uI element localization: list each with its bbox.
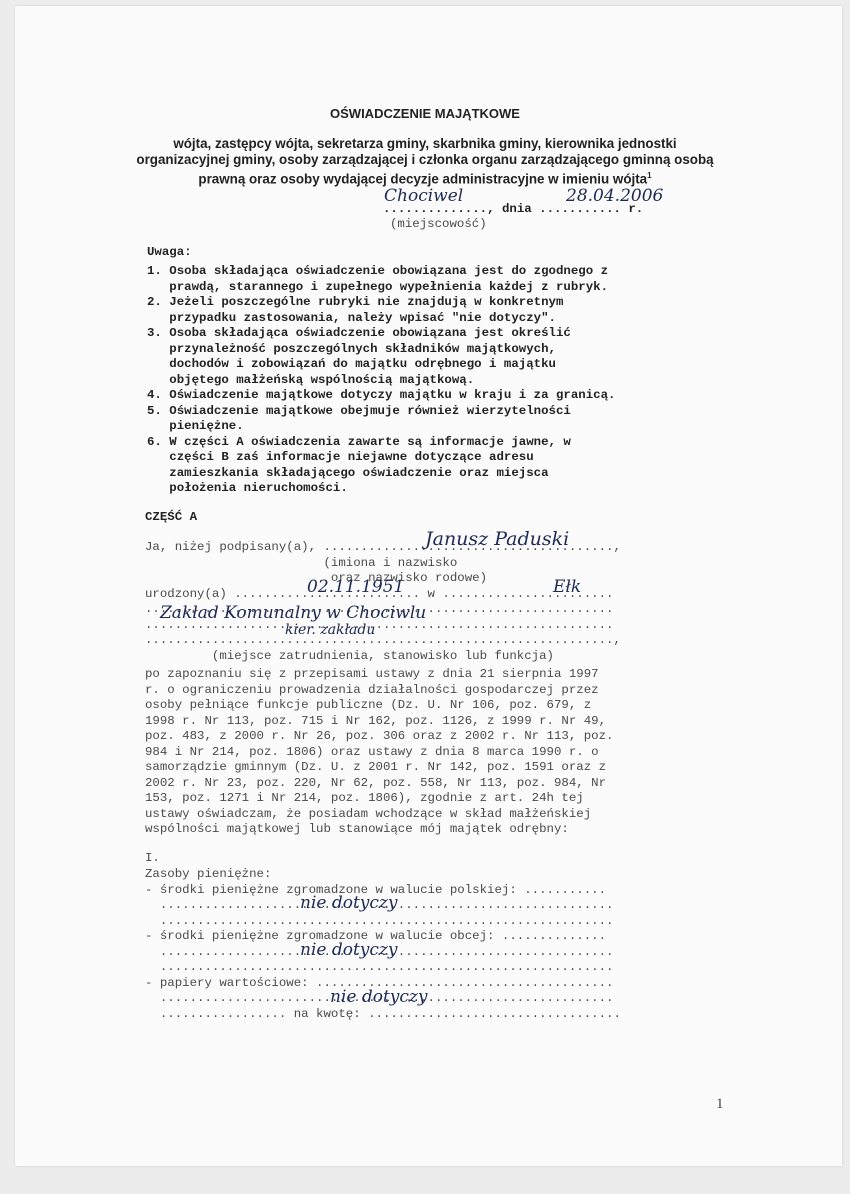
notes-heading: Uwaga: <box>147 245 192 261</box>
note-line: pieniężne. <box>147 419 615 435</box>
handwritten-birth-place[interactable]: Ełk <box>553 577 581 597</box>
handwritten-securities[interactable]: nie dotyczy <box>330 987 427 1007</box>
form-line: ........................................… <box>145 633 621 649</box>
statement-line: 153, poz. 1271 i Nr 214, poz. 1806), zgo… <box>145 791 613 807</box>
note-line: 2. Jeżeli poszczególne rubryki nie znajd… <box>147 295 615 311</box>
statement-line: ustawy oświadczam, że posiadam wchodzące… <box>145 807 613 823</box>
note-line: dochodów i zobowiązań do majątku odrębne… <box>147 357 615 373</box>
form-line: (miejsce zatrudnienia, stanowisko lub fu… <box>145 649 621 665</box>
statement-line: samorządzie gminnym (Dz. U. z 2001 r. Nr… <box>145 760 613 776</box>
form-line: (imiona i nazwisko <box>145 556 621 572</box>
handwritten-foreign[interactable]: nie dotyczy <box>300 940 397 960</box>
part-a-heading: CZĘŚĆ A <box>145 510 197 526</box>
footnote-marker: 1 <box>647 171 651 180</box>
note-line: 6. W części A oświadczenia zawarte są in… <box>147 435 615 451</box>
note-line: 1. Osoba składająca oświadczenie obowiąz… <box>147 264 615 280</box>
place-label: (miejscowość) <box>390 217 487 233</box>
statement-line: r. o ograniczeniu prowadzenia działalnoś… <box>145 683 613 699</box>
note-line: 3. Osoba składająca oświadczenie obowiąz… <box>147 326 615 342</box>
handwritten-position[interactable]: kier. zakładu <box>285 622 375 638</box>
statement-line: wspólności majątkowej lub stanowiące mój… <box>145 822 613 838</box>
handwritten-date[interactable]: 28.04.2006 <box>566 186 663 206</box>
handwritten-birth-date[interactable]: 02.11.1951 <box>307 577 404 597</box>
field-line: ........................................… <box>145 960 621 976</box>
field-line: ........................................… <box>145 914 621 930</box>
note-line: przynależność poszczególnych składników … <box>147 342 615 358</box>
statement-line: 1998 r. Nr 113, poz. 715 i Nr 162, poz. … <box>145 714 613 730</box>
note-line: 5. Oświadczenie majątkowe obejmuje równi… <box>147 404 615 420</box>
statement-line: po zapoznaniu się z przepisami ustawy z … <box>145 667 613 683</box>
statement-line: 984 i Nr 214, poz. 1806) oraz ustawy z d… <box>145 745 613 761</box>
document-title: OŚWIADCZENIE MAJĄTKOWE <box>0 106 850 121</box>
handwritten-employment[interactable]: Zakład Komunalny w Chociwlu <box>160 603 426 623</box>
handwritten-place[interactable]: Chociwel <box>384 186 463 206</box>
note-line: położenia nieruchomości. <box>147 481 615 497</box>
page-number: 1 <box>716 1096 724 1113</box>
statement-line: osoby pełniące funkcje publiczne (Dz. U.… <box>145 698 613 714</box>
note-line: objętego małżeńską wspólnością majątkową… <box>147 373 615 389</box>
field-line: Zasoby pieniężne: <box>145 867 621 883</box>
statement-line: poz. 483, z 2000 r. Nr 26, poz. 306 oraz… <box>145 729 613 745</box>
subtitle-line: prawną oraz osoby wydającej decyzje admi… <box>110 168 740 187</box>
handwritten-name[interactable]: Janusz Paduski <box>425 528 569 550</box>
subtitle-line: wójta, zastępcy wójta, sekretarza gminy,… <box>110 136 740 152</box>
note-line: 4. Oświadczenie majątkowe dotyczy majątk… <box>147 388 615 404</box>
field-line: ................. na kwotę: ............… <box>145 1007 621 1023</box>
document-subtitle: wójta, zastępcy wójta, sekretarza gminy,… <box>110 136 740 187</box>
subtitle-line: organizacyjnej gminy, osoby zarządzające… <box>110 152 740 168</box>
note-line: prawdą, starannego i zupełnego wypełnien… <box>147 280 615 296</box>
note-line: zamieszkania składającego oświadczenie o… <box>147 466 615 482</box>
part-a-form: Ja, niżej podpisany(a), ................… <box>145 540 621 664</box>
note-line: przypadku zastosowania, należy wpisać "n… <box>147 311 615 327</box>
statement-line: 2002 r. Nr 23, poz. 220, Nr 62, poz. 558… <box>145 776 613 792</box>
handwritten-pln[interactable]: nie dotyczy <box>300 893 397 913</box>
section-1-heading: I. <box>145 851 160 867</box>
note-line: części B zaś informacje niejawne dotyczą… <box>147 450 615 466</box>
notes-list: 1. Osoba składająca oświadczenie obowiąz… <box>147 264 615 497</box>
statement-text: po zapoznaniu się z przepisami ustawy z … <box>145 667 613 838</box>
